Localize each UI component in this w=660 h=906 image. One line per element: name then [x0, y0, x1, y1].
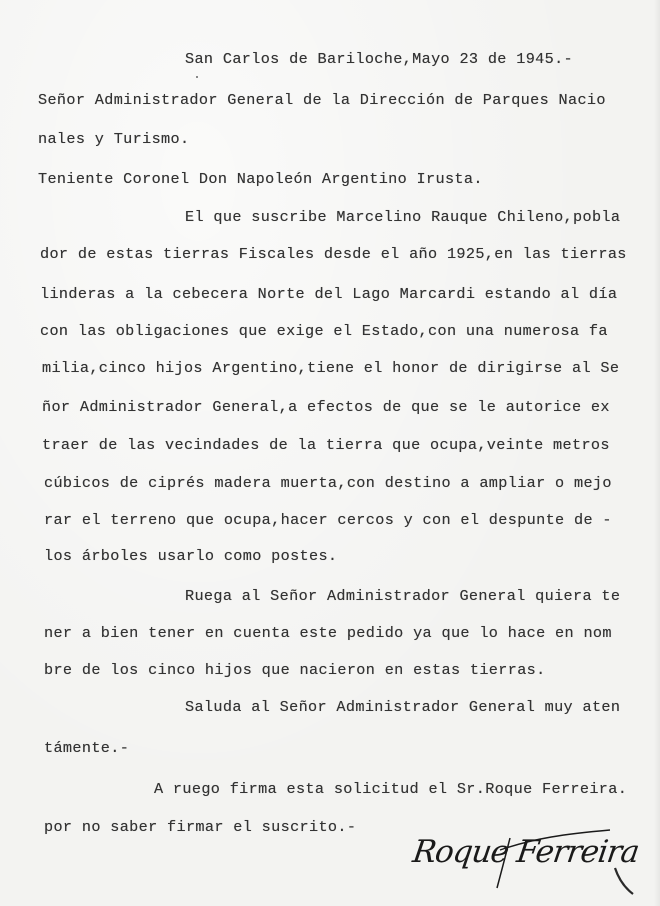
- dateline: San Carlos de Bariloche,Mayo 23 de 1945.…: [185, 50, 573, 68]
- body-line-4: con las obligaciones que exige el Estado…: [40, 322, 608, 340]
- request-line-3: bre de los cinco hijos que nacieron en e…: [44, 661, 546, 679]
- signing-note-line-1: A ruego firma esta solicitud el Sr.Roque…: [154, 780, 627, 798]
- signing-note-line-2: por no saber firmar el suscrito.-: [44, 818, 356, 836]
- typewritten-letter-page: San Carlos de Bariloche,Mayo 23 de 1945.…: [0, 0, 660, 906]
- page-edge-shadow: [654, 0, 660, 906]
- body-line-2: dor de estas tierras Fiscales desde el a…: [40, 245, 627, 263]
- body-line-5: milia,cinco hijos Argentino,tiene el hon…: [42, 359, 619, 377]
- ink-speck: [196, 76, 198, 78]
- body-line-6: ñor Administrador General,a efectos de q…: [42, 398, 610, 416]
- body-line-7: traer de las vecindades de la tierra que…: [42, 436, 610, 454]
- signature-text: Roque Ferreira: [410, 834, 640, 870]
- addressee-line-3: Teniente Coronel Don Napoleón Argentino …: [38, 170, 483, 188]
- addressee-line-1: Señor Administrador General de la Direcc…: [38, 91, 606, 109]
- body-line-8: cúbicos de ciprés madera muerta,con dest…: [44, 474, 612, 492]
- body-line-9: rar el terreno que ocupa,hacer cercos y …: [44, 511, 612, 529]
- body-line-1: El que suscribe Marcelino Rauque Chileno…: [185, 208, 620, 226]
- body-line-3: linderas a la cebecera Norte del Lago Ma…: [40, 285, 617, 303]
- request-line-1: Ruega al Señor Administrador General qui…: [185, 587, 620, 605]
- request-line-2: ner a bien tener en cuenta este pedido y…: [44, 624, 612, 642]
- closing-line-2: támente.-: [44, 739, 129, 757]
- addressee-line-2: nales y Turismo.: [38, 130, 189, 148]
- handwritten-signature: Roque Ferreira: [405, 828, 650, 898]
- closing-line-1: Saluda al Señor Administrador General mu…: [185, 698, 620, 716]
- body-line-10: los árboles usarlo como postes.: [44, 547, 337, 565]
